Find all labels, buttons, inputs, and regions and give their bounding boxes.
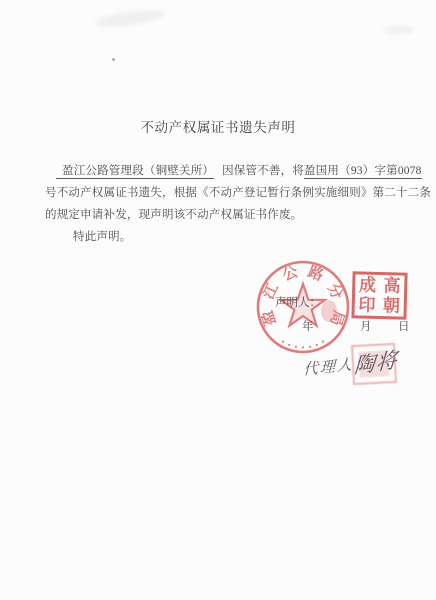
seal-char: 成: [359, 276, 376, 293]
declarant-label: 声明人：: [275, 294, 321, 310]
document-title: 不动产权属证书遗失声明: [0, 116, 436, 136]
personal-name-seal: 成 高 印 朝: [351, 271, 407, 319]
body-text-segment: 因保管不善，将: [222, 165, 304, 177]
declarant-name-underlined: 盈江公路管理段（铜壁关所）: [56, 165, 214, 179]
date-month-label: 月: [360, 318, 372, 334]
body-line-1: 盈江公路管理段（铜壁关所）因保管不善，将盈国用（93）字第0078: [56, 162, 422, 178]
scan-smudge: [383, 26, 415, 34]
seal-ring-char: 分: [324, 281, 347, 302]
date-year-label: 年: [302, 318, 314, 334]
seal-char: 印: [358, 297, 375, 314]
certificate-number-underlined: 盈国用（93）字第0078: [304, 165, 422, 179]
scan-dot-artifact: [112, 58, 115, 61]
agent-signature-handwritten: 陶将: [353, 344, 399, 381]
date-day-label: 日: [398, 318, 410, 334]
body-line-2: 号不动产权属证书遗失，根据《不动产登记暂行条例实施细则》第二十二条: [45, 184, 431, 200]
scanned-document-page: 不动产权属证书遗失声明 盈江公路管理段（铜壁关所）因保管不善，将盈国用（93）字…: [0, 0, 436, 600]
body-line-3: 的规定申请补发，现声明该不动产权属证书作废。: [45, 206, 302, 222]
seal-char: 高: [383, 277, 400, 294]
body-closing-line: 特此声明。: [73, 228, 132, 244]
scan-smudge: [94, 7, 165, 30]
seal-char: 朝: [383, 297, 400, 314]
seal-bottom-marks: [282, 341, 324, 349]
